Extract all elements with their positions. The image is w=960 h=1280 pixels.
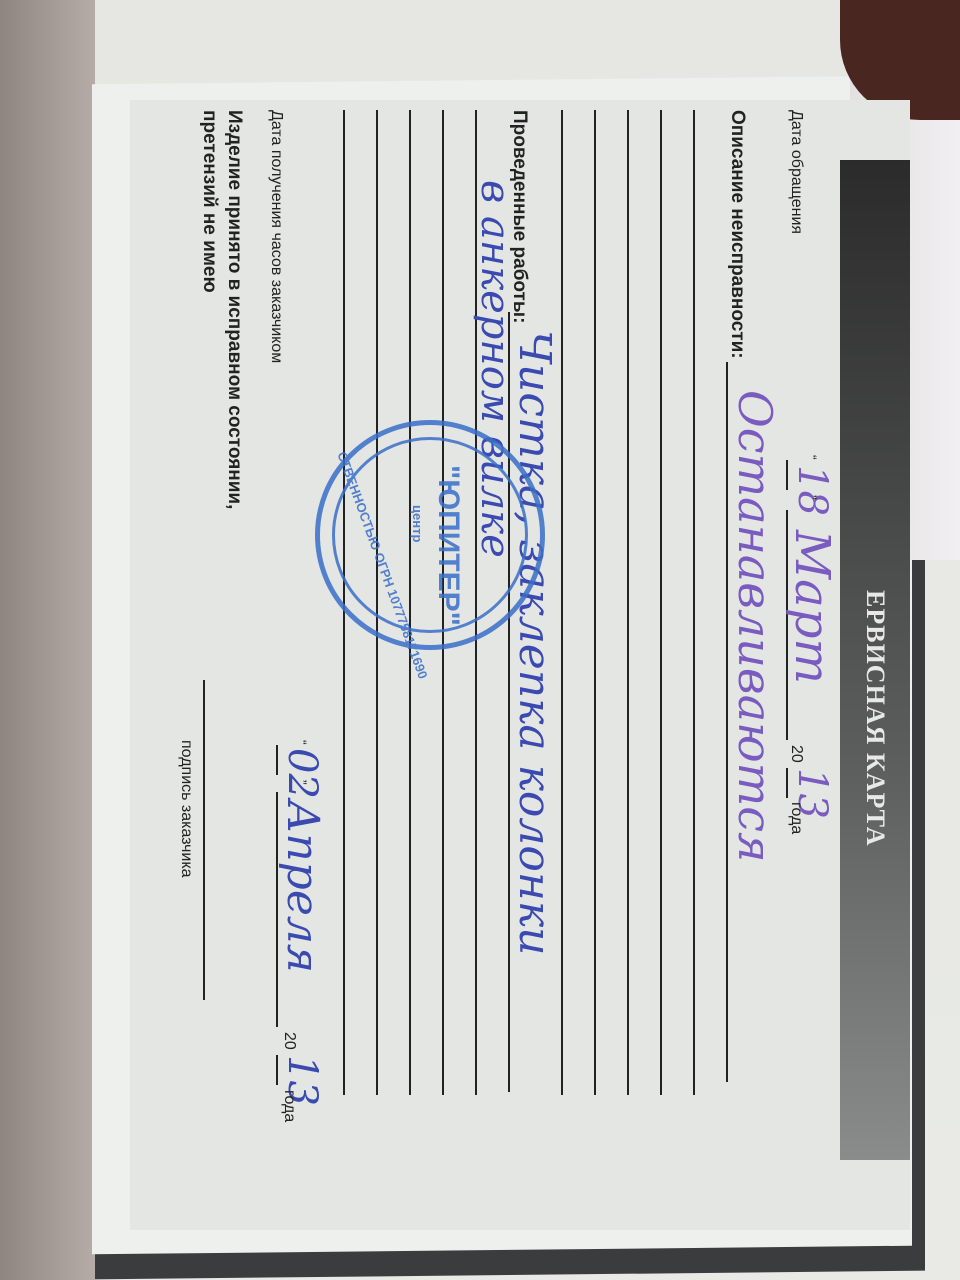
acceptance-text-line1: Изделие принято в исправном состоянии, — [223, 110, 245, 509]
receipt-year-suffix: года — [280, 1090, 298, 1122]
quote-close: ” — [804, 495, 820, 500]
signature-label: подпись заказчика — [177, 740, 195, 878]
acceptance-text-line2: претензий не имею — [198, 110, 220, 293]
service-card-page: ЕРВИСНАЯ КАРТА Дата обращения “ 18 ” Мар… — [130, 100, 910, 1230]
title-banner: ЕРВИСНАЯ КАРТА — [840, 160, 910, 1160]
quote-close-2: ” — [294, 780, 310, 785]
request-month[interactable]: Март — [784, 530, 840, 684]
fault-line-4 — [627, 110, 629, 1095]
request-day-line — [786, 460, 788, 490]
background-shadow — [0, 0, 95, 1280]
company-stamp: СТВЕННОСТЬЮ ОГРН 1077758171690 "ЮПИТЕР" … — [315, 420, 545, 650]
fault-value[interactable]: Останавливаются — [728, 390, 782, 862]
fault-line-5 — [594, 110, 596, 1095]
stamp-center-text: "ЮПИТЕР" — [431, 465, 465, 626]
receipt-year-prefix: 20 — [280, 1032, 298, 1050]
request-day[interactable]: 18 — [789, 465, 835, 516]
fault-line-2 — [693, 110, 695, 1095]
page-title: ЕРВИСНАЯ КАРТА — [860, 590, 890, 847]
signature-line[interactable] — [203, 680, 205, 1000]
receipt-day-line — [276, 745, 278, 775]
fault-line-3 — [660, 110, 662, 1095]
receipt-year-line — [276, 1055, 278, 1085]
quote-open-2: “ — [294, 740, 310, 745]
request-year-line — [786, 768, 788, 798]
request-year-prefix: 20 — [787, 745, 805, 763]
quote-open: “ — [804, 455, 820, 460]
receipt-day[interactable]: 02 — [279, 748, 325, 799]
request-date-label: Дата обращения — [787, 110, 805, 234]
stamp-inner-ring — [332, 437, 528, 633]
fault-line-6 — [561, 110, 563, 1095]
fault-label: Описание неисправности: — [726, 110, 748, 359]
receipt-month[interactable]: Апреля — [277, 800, 328, 973]
stamp-sub-text: центр — [410, 505, 425, 542]
receipt-date-label: Дата получения часов заказчиком — [267, 110, 285, 363]
request-year-suffix: года — [787, 802, 805, 834]
